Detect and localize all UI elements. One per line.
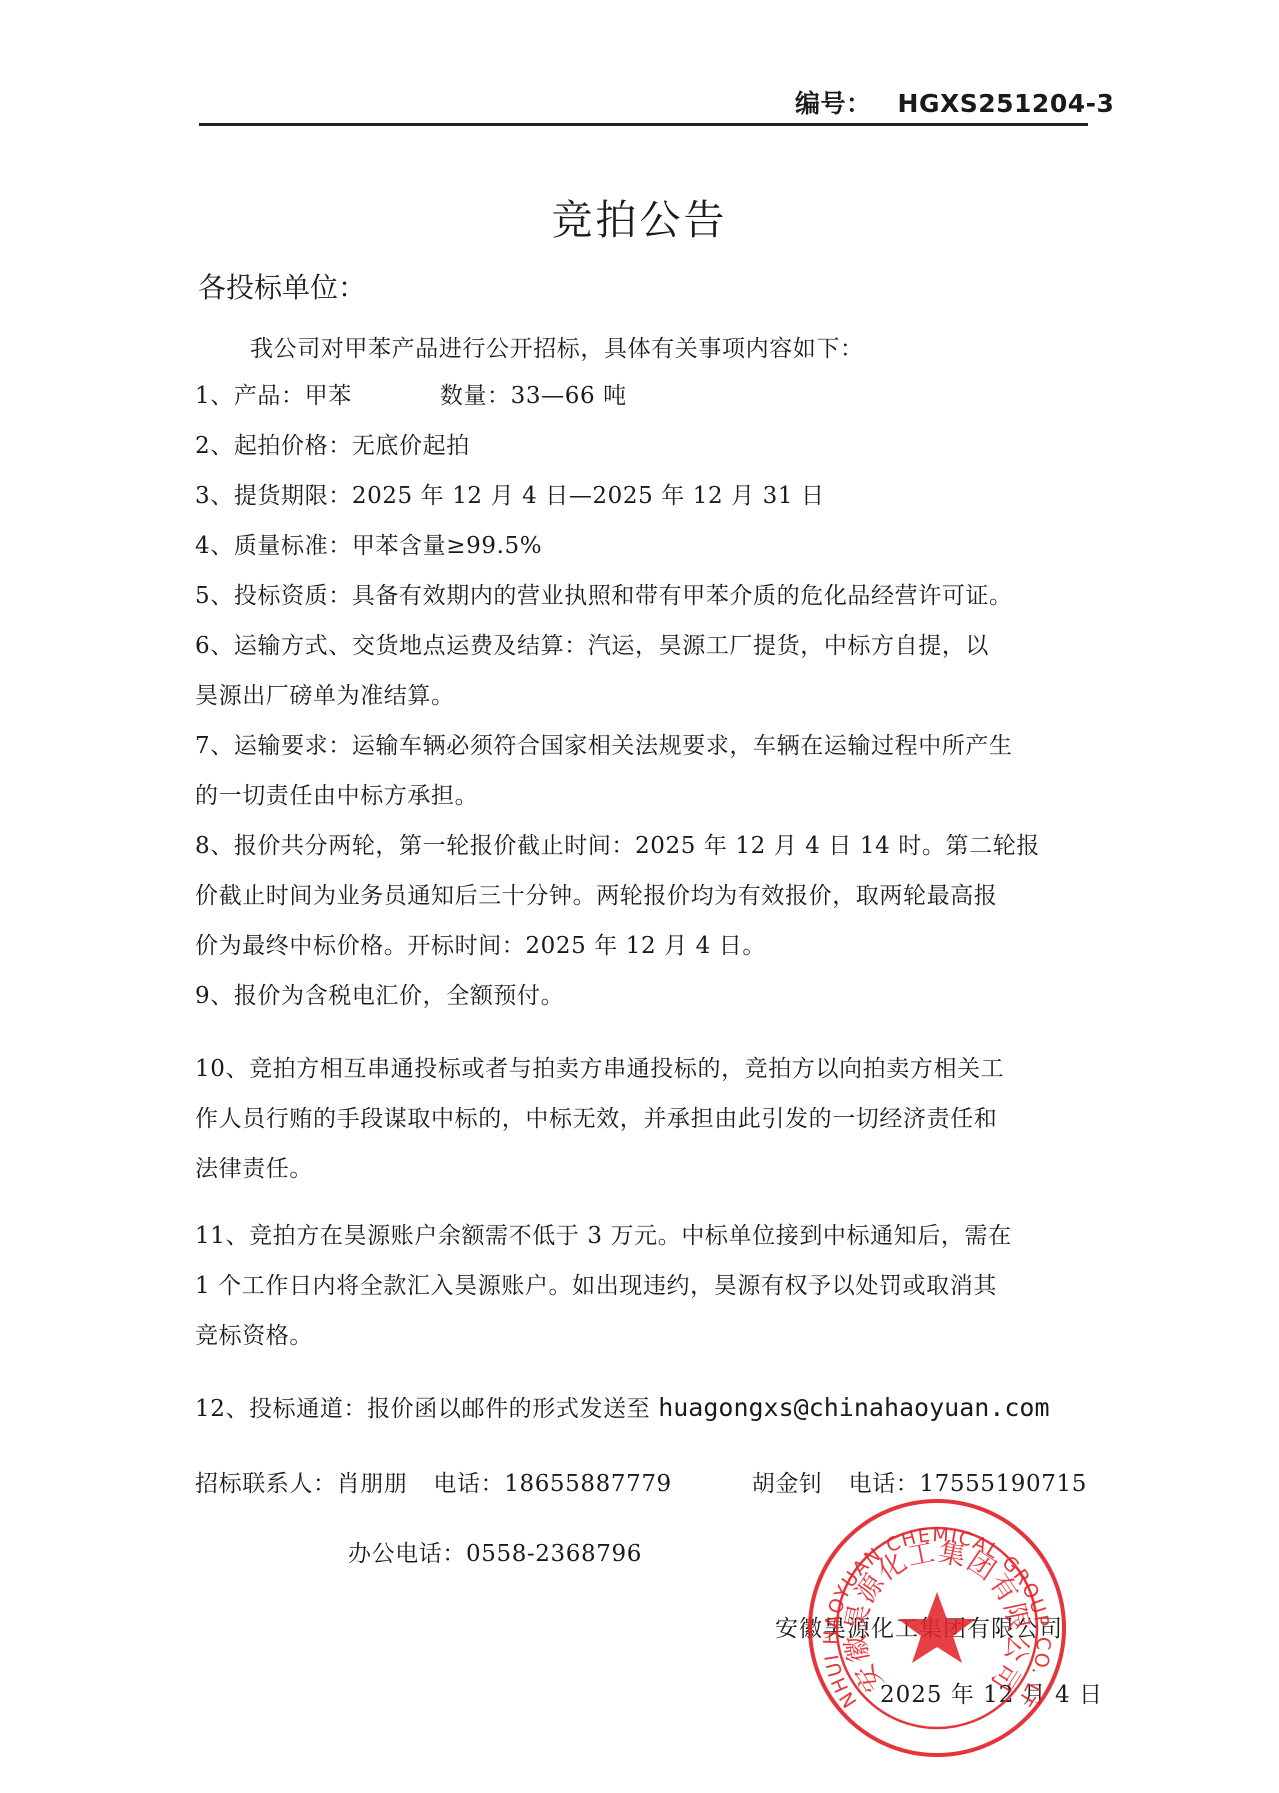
page-title: 竞拍公告 bbox=[0, 187, 1279, 246]
bid-email-link[interactable]: huagongxs@chinahaoyuan.com bbox=[658, 1393, 1049, 1422]
item-8-line-3: 价为最终中标价格。开标时间：2025 年 12 月 4 日。 bbox=[195, 927, 766, 960]
item-4: 4、质量标准：甲苯含量≥99.5% bbox=[195, 527, 542, 560]
document-number-value: HGXS251204-3 bbox=[898, 89, 1115, 118]
item-11-line-2: 1 个工作日内将全款汇入昊源账户。如出现违约，昊源有权予以处罚或取消其 bbox=[195, 1267, 997, 1300]
document-number: 编号：HGXS251204-3 bbox=[795, 84, 1088, 120]
contacts-row: 招标联系人：肖朋朋电话：18655887779胡金钊电话：17555190715 bbox=[195, 1465, 1087, 1498]
item-7-line-1: 7、运输要求：运输车辆必须符合国家相关法规要求，车辆在运输过程中所产生 bbox=[195, 727, 1013, 760]
salutation: 各投标单位： bbox=[198, 266, 366, 306]
item-1-quantity: 数量：33—66 吨 bbox=[440, 383, 627, 409]
item-10-line-1: 10、竞拍方相互串通投标或者与拍卖方串通投标的，竞拍方以向拍卖方相关工 bbox=[195, 1050, 1004, 1083]
item-8-line-1: 8、报价共分两轮，第一轮报价截止时间：2025 年 12 月 4 日 14 时。… bbox=[195, 827, 1040, 860]
intro-paragraph: 我公司对甲苯产品进行公开招标，具体有关事项内容如下： bbox=[250, 330, 864, 363]
contact-2-phone: 电话：17555190715 bbox=[849, 1471, 1087, 1497]
item-6-line-1: 6、运输方式、交货地点运费及结算：汽运，昊源工厂提货，中标方自提，以 bbox=[195, 627, 989, 660]
contact-2-name: 胡金钊 bbox=[752, 1471, 823, 1497]
signature-company: 安徽昊源化工集团有限公司 bbox=[775, 1610, 1063, 1643]
item-1-product: 1、产品：甲苯 bbox=[195, 383, 352, 409]
item-8-line-2: 价截止时间为业务员通知后三十分钟。两轮报价均为有效报价，取两轮最高报 bbox=[195, 877, 997, 910]
contact-1-phone: 电话：18655887779 bbox=[433, 1471, 671, 1497]
item-9: 9、报价为含税电汇价，全额预付。 bbox=[195, 977, 564, 1010]
item-3: 3、提货期限：2025 年 12 月 4 日—2025 年 12 月 31 日 bbox=[195, 477, 825, 510]
item-12: 12、投标通道：报价函以邮件的形式发送至 huagongxs@chinahaoy… bbox=[195, 1390, 1050, 1423]
office-phone: 办公电话：0558-2368796 bbox=[348, 1535, 642, 1568]
document-number-label: 编号： bbox=[795, 89, 872, 118]
contacts-label: 招标联系人： bbox=[195, 1471, 337, 1497]
item-6-line-2: 昊源出厂磅单为准结算。 bbox=[195, 677, 455, 710]
item-10-line-3: 法律责任。 bbox=[195, 1150, 313, 1183]
header-divider bbox=[199, 123, 1088, 126]
contact-1-name: 肖朋朋 bbox=[337, 1471, 408, 1497]
item-11-line-1: 11、竞拍方在昊源账户余额需不低于 3 万元。中标单位接到中标通知后，需在 bbox=[195, 1217, 1012, 1250]
item-12-text: 12、投标通道：报价函以邮件的形式发送至 bbox=[195, 1396, 658, 1422]
item-1: 1、产品：甲苯数量：33—66 吨 bbox=[195, 377, 627, 410]
item-5: 5、投标资质：具备有效期内的营业执照和带有甲苯介质的危化品经营许可证。 bbox=[195, 577, 1013, 610]
signature-date: 2025 年 12 月 4 日 bbox=[880, 1676, 1103, 1709]
item-11-line-3: 竞标资格。 bbox=[195, 1317, 313, 1350]
item-7-line-2: 的一切责任由中标方承担。 bbox=[195, 777, 478, 810]
item-10-line-2: 作人员行贿的手段谋取中标的，中标无效，并承担由此引发的一切经济责任和 bbox=[195, 1100, 997, 1133]
item-2: 2、起拍价格：无底价起拍 bbox=[195, 427, 470, 460]
